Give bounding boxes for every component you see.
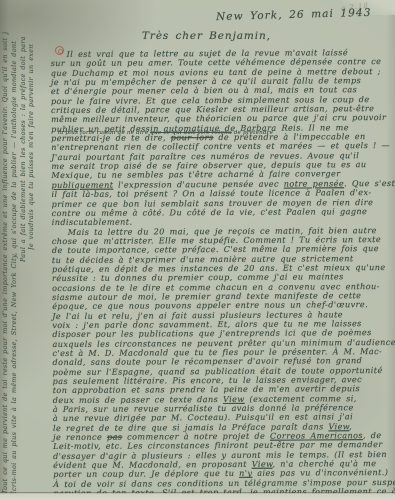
letter-scan: a 2.18 New York, 26 mai 1943 Très cher B… [0,0,395,500]
paper-bottom-edge [0,492,395,500]
interline-insertion: la plus forte raison de ne dire que ce q… [58,130,358,136]
salutation: Très cher Benjamin, [142,30,271,42]
date-line: New York, 26 mai 1943 [216,7,366,23]
letter-body: Il est vrai que ta lettre au sujet de la… [51,48,394,500]
margin-note: Écris-moi au plus vite à la même adresse… [10,38,19,496]
margin-note: Tout ce qui me parvient de toi reste pou… [1,32,10,494]
margin-note: Je voudrais que tu puisses m'en faire pa… [27,44,36,250]
